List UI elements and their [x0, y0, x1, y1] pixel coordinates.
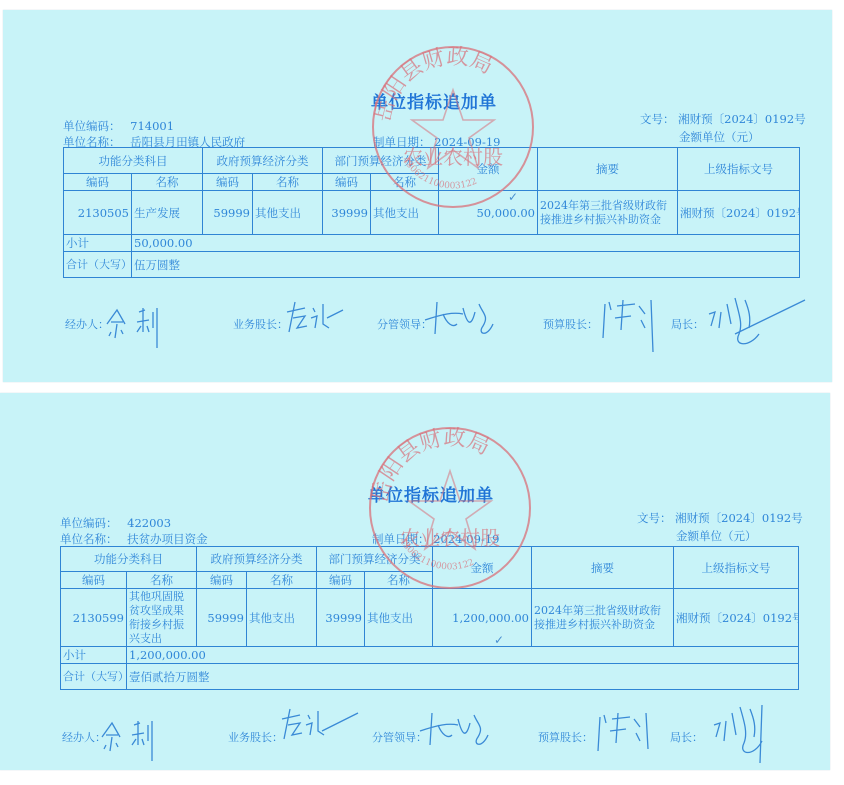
allocation-form-1: 单位指标追加单 单位编码： 714001 单位名称： 岳阳县月田镇人民政府 制单… [3, 10, 832, 382]
unit-code-row: 单位编码： 422003 [60, 515, 171, 531]
budget-chief-label: 预算股长： [543, 316, 598, 332]
gov-code: 59999 [197, 589, 247, 647]
date-row: 制单日期： 2024-09-19 [372, 531, 499, 547]
unit-name-value: 扶贫办项目资金 [127, 532, 208, 546]
header-func-name: 名称 [132, 174, 203, 191]
gov-code: 59999 [203, 191, 253, 235]
total-upper-value: 伍万圆整 [132, 252, 800, 278]
amount-value: 50,000.00 [439, 191, 538, 235]
func-name: 其他巩固脱贫攻坚成果衔接乡村振兴支出 [127, 589, 197, 647]
date-value: 2024-09-19 [433, 532, 499, 546]
business-chief-signature [283, 298, 353, 342]
doc-no-label: 文号： [640, 112, 675, 126]
form-title: 单位指标追加单 [368, 481, 494, 506]
header-func-code: 编码 [64, 174, 132, 191]
unit-code-value: 422003 [127, 516, 171, 530]
summary-value: 2024年第三批省级财政衔接推进乡村振兴补助资金 [532, 589, 674, 647]
header-summary: 摘要 [532, 547, 674, 589]
allocation-table: 功能分类科目 政府预算经济分类 部门预算经济分类 金额 摘要 上级指标文号 编码… [63, 147, 800, 278]
header-amount: 金额 [439, 148, 538, 191]
budget-chief-signature [596, 709, 666, 759]
dept-code: 39999 [323, 191, 371, 235]
header-gov-econ: 政府预算经济分类 [197, 547, 317, 572]
director-label: 局长： [670, 729, 703, 745]
signature-row: 经办人： 业务股长： 分管领导： 预算股长： 局长： [65, 302, 825, 352]
unit-name-label: 单位名称： [60, 532, 118, 546]
header-amount: 金额 [433, 547, 532, 589]
leader-signature [423, 294, 513, 344]
date-label: 制单日期： [372, 532, 430, 546]
header-parent-doc: 上级指标文号 [674, 547, 799, 589]
header-func-class: 功能分类科目 [61, 547, 197, 572]
header-gov-name: 名称 [253, 174, 323, 191]
subtotal-label: 小计 [61, 647, 127, 664]
leader-signature [418, 705, 508, 755]
allocation-form-2: 单位指标追加单 单位编码： 422003 单位名称： 扶贫办项目资金 制单日期：… [0, 393, 830, 770]
dept-name: 其他支出 [371, 191, 439, 235]
parent-doc-value: 湘财预〔2024〕0192号 [678, 191, 800, 235]
allocation-table: 功能分类科目 政府预算经济分类 部门预算经济分类 金额 摘要 上级指标文号 编码… [60, 546, 799, 690]
dept-name: 其他支出 [365, 589, 433, 647]
unit-code-label: 单位编码： [60, 516, 118, 530]
header-dept-econ: 部门预算经济分类 [317, 547, 433, 572]
header-parent-doc: 上级指标文号 [678, 148, 800, 191]
func-code: 2130599 [61, 589, 127, 647]
gov-name: 其他支出 [253, 191, 323, 235]
doc-no-value: 湘财预〔2024〕0192号 [675, 511, 803, 525]
business-chief-label: 业务股长： [233, 316, 288, 332]
header-func-class: 功能分类科目 [64, 148, 203, 174]
director-signature [710, 701, 790, 765]
doc-no-value: 湘财预〔2024〕0192号 [678, 112, 806, 126]
handler-signature [98, 715, 158, 763]
business-chief-signature [278, 705, 368, 749]
total-label: 合计（大写） [61, 664, 127, 690]
header-gov-name: 名称 [247, 572, 317, 589]
header-dept-econ: 部门预算经济分类 [323, 148, 439, 174]
subtotal-label: 小计 [64, 235, 132, 252]
unit-code-value: 714001 [130, 119, 174, 133]
func-name: 生产发展 [132, 191, 203, 235]
doc-no-row: 文号： 湘财预〔2024〕0192号 [640, 111, 806, 127]
table-row: 2130505 生产发展 59999 其他支出 39999 其他支出 50,00… [64, 191, 800, 235]
dept-code: 39999 [317, 589, 365, 647]
business-chief-label: 业务股长： [228, 729, 283, 745]
unit-code-row: 单位编码： 714001 [63, 118, 174, 134]
amount-value: 1,200,000.00 [433, 589, 532, 647]
table-row: 2130599 其他巩固脱贫攻坚成果衔接乡村振兴支出 59999 其他支出 39… [61, 589, 799, 647]
gov-name: 其他支出 [247, 589, 317, 647]
header-func-name: 名称 [127, 572, 197, 589]
header-dept-code: 编码 [317, 572, 365, 589]
subtotal-value: 50,000.00 [132, 235, 800, 252]
amount-unit: 金额单位（元） [676, 528, 757, 544]
header-summary: 摘要 [538, 148, 678, 191]
header-gov-econ: 政府预算经济分类 [203, 148, 323, 174]
director-label: 局长： [671, 316, 704, 332]
signature-row: 经办人： 业务股长： 分管领导： 预算股长： 局长： [62, 715, 822, 765]
budget-chief-signature [601, 296, 671, 356]
header-func-code: 编码 [61, 572, 127, 589]
unit-name-row: 单位名称： 扶贫办项目资金 [60, 531, 208, 547]
amount-unit: 金额单位（元） [679, 129, 760, 145]
header-dept-code: 编码 [323, 174, 371, 191]
header-gov-code: 编码 [203, 174, 253, 191]
doc-no-label: 文号： [637, 511, 672, 525]
director-signature [705, 294, 815, 350]
total-upper-value: 壹佰贰拾万圆整 [127, 664, 799, 690]
subtotal-value: 1,200,000.00 [127, 647, 799, 664]
func-code: 2130505 [64, 191, 132, 235]
summary-value: 2024年第三批省级财政衔接推进乡村振兴补助资金 [538, 191, 678, 235]
total-label: 合计（大写） [64, 252, 132, 278]
header-dept-name: 名称 [371, 174, 439, 191]
parent-doc-value: 湘财预〔2024〕0192号 [674, 589, 799, 647]
header-gov-code: 编码 [197, 572, 247, 589]
budget-chief-label: 预算股长： [538, 729, 593, 745]
header-dept-name: 名称 [365, 572, 433, 589]
handler-signature [103, 302, 163, 350]
unit-code-label: 单位编码： [63, 119, 121, 133]
check-mark-icon: ✓ [508, 190, 518, 204]
doc-no-row: 文号： 湘财预〔2024〕0192号 [637, 510, 803, 526]
form-title: 单位指标追加单 [371, 88, 497, 113]
check-mark-icon: ✓ [494, 633, 504, 647]
